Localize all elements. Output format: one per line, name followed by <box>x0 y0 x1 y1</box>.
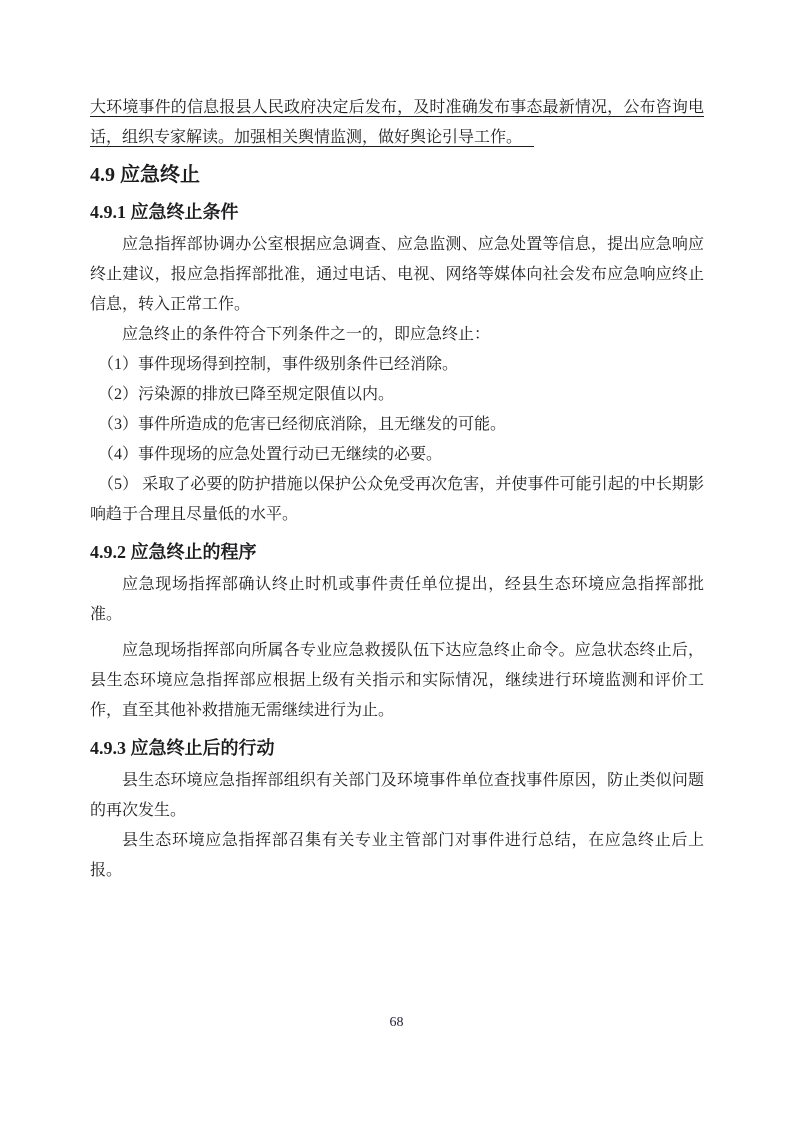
paragraph-post-termination-investigation: 县生态环境应急指挥部组织有关部门及环境事件单位查找事件原因，防止类似问题的再次发… <box>90 766 704 826</box>
condition-list: （1）事件现场得到控制，事件级别条件已经消除。 （2）污染源的排放已降至规定限值… <box>90 350 704 530</box>
page-number: 68 <box>0 1014 793 1032</box>
subsection-heading-4-9-3: 4.9.3 应急终止后的行动 <box>90 733 704 763</box>
continuation-text: 大环境事件的信息报县人民政府决定后发布，及时准确发布事态最新情况，公布咨询电话，… <box>90 99 704 146</box>
condition-item-3: （3）事件所造成的危害已经彻底消除，且无继发的可能。 <box>90 410 704 440</box>
condition-item-2: （2）污染源的排放已降至规定限值以内。 <box>90 380 704 410</box>
continuation-paragraph: 大环境事件的信息报县人民政府决定后发布，及时准确发布事态最新情况，公布咨询电话，… <box>90 93 704 153</box>
paragraph-procedure-approval: 应急现场指挥部确认终止时机或事件责任单位提出，经县生态环境应急指挥部批准。 <box>90 570 704 630</box>
condition-item-1: （1）事件现场得到控制，事件级别条件已经消除。 <box>90 350 704 380</box>
paragraph-procedure-order: 应急现场指挥部向所属各专业应急救援队伍下达应急终止命令。应急状态终止后，县生态环… <box>90 636 704 726</box>
paragraph-conditions-intro: 应急终止的条件符合下列条件之一的，即应急终止： <box>90 320 704 350</box>
condition-item-5: （5） 采取了必要的防护措施以保护公众免受再次危害，并使事件可能引起的中长期影响… <box>90 470 704 530</box>
condition-item-4: （4）事件现场的应急处置行动已无继续的必要。 <box>90 440 704 470</box>
paragraph-post-termination-summary: 县生态环境应急指挥部召集有关专业主管部门对事件进行总结，在应急终止后上报。 <box>90 826 704 886</box>
document-content: 大环境事件的信息报县人民政府决定后发布，及时准确发布事态最新情况，公布咨询电话，… <box>90 93 704 886</box>
document-page: 大环境事件的信息报县人民政府决定后发布，及时准确发布事态最新情况，公布咨询电话，… <box>0 0 793 1122</box>
subsection-heading-4-9-2: 4.9.2 应急终止的程序 <box>90 537 704 567</box>
underline-tail <box>522 129 534 146</box>
paragraph-termination-proposal: 应急指挥部协调办公室根据应急调查、应急监测、应急处置等信息，提出应急响应终止建议… <box>90 230 704 320</box>
subsection-heading-4-9-1: 4.9.1 应急终止条件 <box>90 197 704 227</box>
section-heading-4-9: 4.9 应急终止 <box>90 160 704 190</box>
